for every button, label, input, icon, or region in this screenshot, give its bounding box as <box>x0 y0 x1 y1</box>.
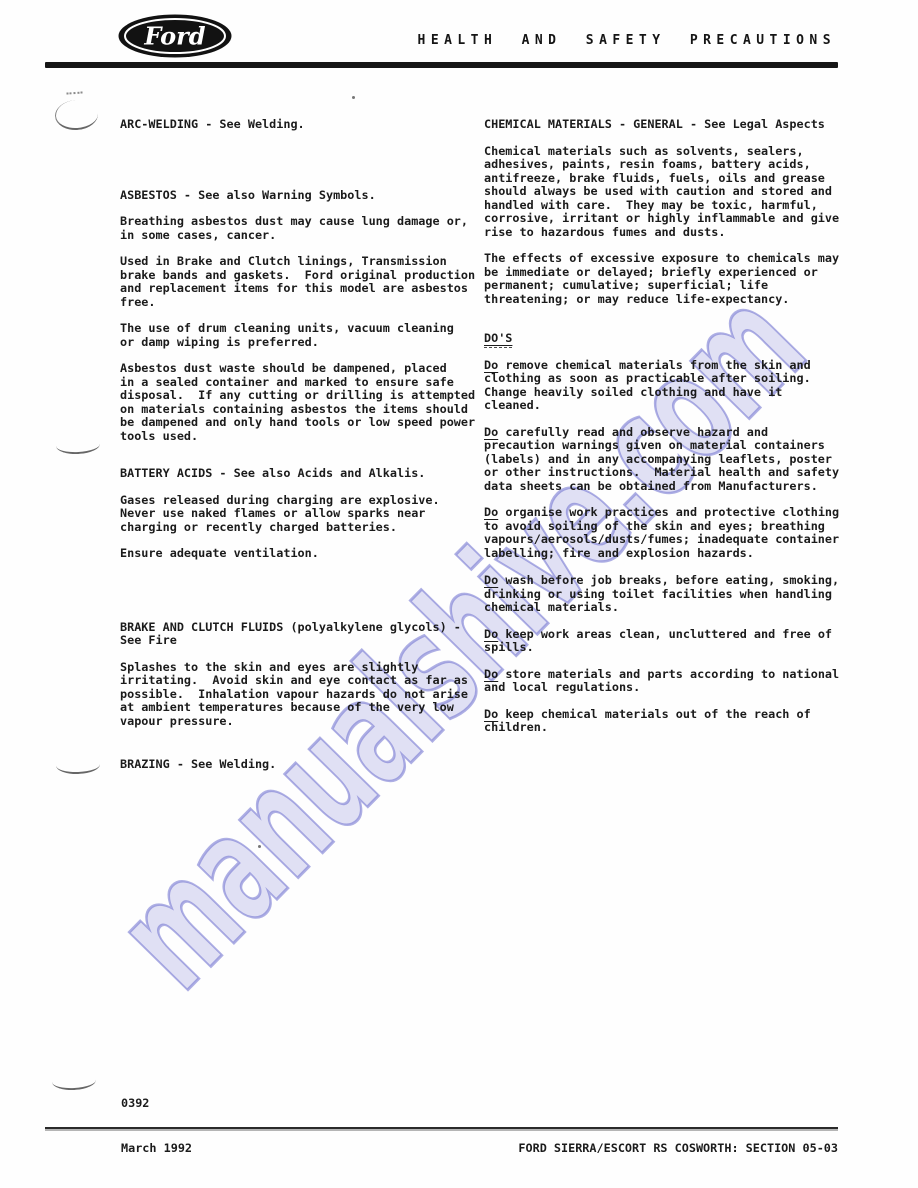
arc-welding-entry: ARC-WELDING - See Welding. <box>120 118 484 132</box>
do-prefix: Do <box>484 425 498 439</box>
do-prefix: Do <box>484 627 498 641</box>
do-prefix: Do <box>484 707 498 721</box>
asbestos-paragraph: Breathing asbestos dust may cause lung d… <box>120 215 484 242</box>
do-prefix: Do <box>484 505 498 519</box>
brake-clutch-fluids-paragraph: Splashes to the skin and eyes are slight… <box>120 661 484 729</box>
scan-mark <box>52 1071 97 1091</box>
ford-logo: Ford <box>118 14 232 58</box>
do-paragraph: Do wash before job breaks, before eating… <box>484 574 862 615</box>
chemical-materials-paragraph: The effects of excessive exposure to che… <box>484 252 862 306</box>
battery-acids-paragraph: Ensure adequate ventilation. <box>120 547 484 561</box>
do-paragraph: Do organise work practices and protectiv… <box>484 506 862 560</box>
scan-mark <box>56 755 101 775</box>
do-text: organise work practices and protective c… <box>484 505 839 560</box>
footer-section-reference: FORD SIERRA/ESCORT RS COSWORTH: SECTION … <box>518 1141 838 1155</box>
battery-acids-heading: BATTERY ACIDS - See also Acids and Alkal… <box>120 467 484 481</box>
asbestos-paragraph: The use of drum cleaning units, vacuum c… <box>120 322 484 349</box>
brazing-entry: BRAZING - See Welding. <box>120 758 484 772</box>
do-text: keep work areas clean, uncluttered and f… <box>484 627 832 655</box>
page-code: 0392 <box>121 1096 149 1110</box>
do-paragraph: Do keep work areas clean, uncluttered an… <box>484 628 862 655</box>
scan-mark <box>54 99 99 132</box>
ford-logo-text: Ford <box>143 22 205 51</box>
manual-page: Ford HEALTH AND SAFETY PRECAUTIONS manua… <box>0 0 918 1188</box>
battery-acids-paragraph: Gases released during charging are explo… <box>120 494 484 535</box>
chemical-materials-heading: CHEMICAL MATERIALS - GENERAL - See Legal… <box>484 118 862 132</box>
brake-clutch-fluids-heading: BRAKE AND CLUTCH FLUIDS (polyalkylene gl… <box>120 621 484 648</box>
do-prefix: Do <box>484 573 498 587</box>
dos-heading-text: DO'S <box>484 331 512 348</box>
do-prefix: Do <box>484 667 498 681</box>
page-title: HEALTH AND SAFETY PRECAUTIONS <box>418 33 836 48</box>
do-text: store materials and parts according to n… <box>484 667 839 695</box>
chemical-materials-paragraph: Chemical materials such as solvents, sea… <box>484 145 862 240</box>
header-rule <box>45 62 838 68</box>
asbestos-paragraph: Used in Brake and Clutch linings, Transm… <box>120 255 484 309</box>
scan-speck <box>258 845 261 848</box>
do-prefix: Do <box>484 358 498 372</box>
scan-speck <box>352 96 355 99</box>
asbestos-paragraph: Asbestos dust waste should be dampened, … <box>120 362 484 443</box>
do-text: wash before job breaks, before eating, s… <box>484 573 839 614</box>
footer-rule <box>45 1127 838 1129</box>
left-column: ARC-WELDING - See Welding. ASBESTOS - Se… <box>120 118 484 785</box>
dos-heading: DO'S <box>484 332 862 346</box>
footer-date: March 1992 <box>121 1141 192 1155</box>
do-text: carefully read and observe hazard and pr… <box>484 425 839 493</box>
do-paragraph: Do remove chemical materials from the sk… <box>484 359 862 413</box>
right-column: CHEMICAL MATERIALS - GENERAL - See Legal… <box>484 118 862 785</box>
page-content: ARC-WELDING - See Welding. ASBESTOS - Se… <box>120 118 862 785</box>
asbestos-heading: ASBESTOS - See also Warning Symbols. <box>120 189 484 203</box>
do-paragraph: Do keep chemical materials out of the re… <box>484 708 862 735</box>
do-text: keep chemical materials out of the reach… <box>484 707 811 735</box>
scan-mark <box>56 435 101 455</box>
do-paragraph: Do carefully read and observe hazard and… <box>484 426 862 494</box>
do-text: remove chemical materials from the skin … <box>484 358 811 413</box>
do-paragraph: Do store materials and parts according t… <box>484 668 862 695</box>
